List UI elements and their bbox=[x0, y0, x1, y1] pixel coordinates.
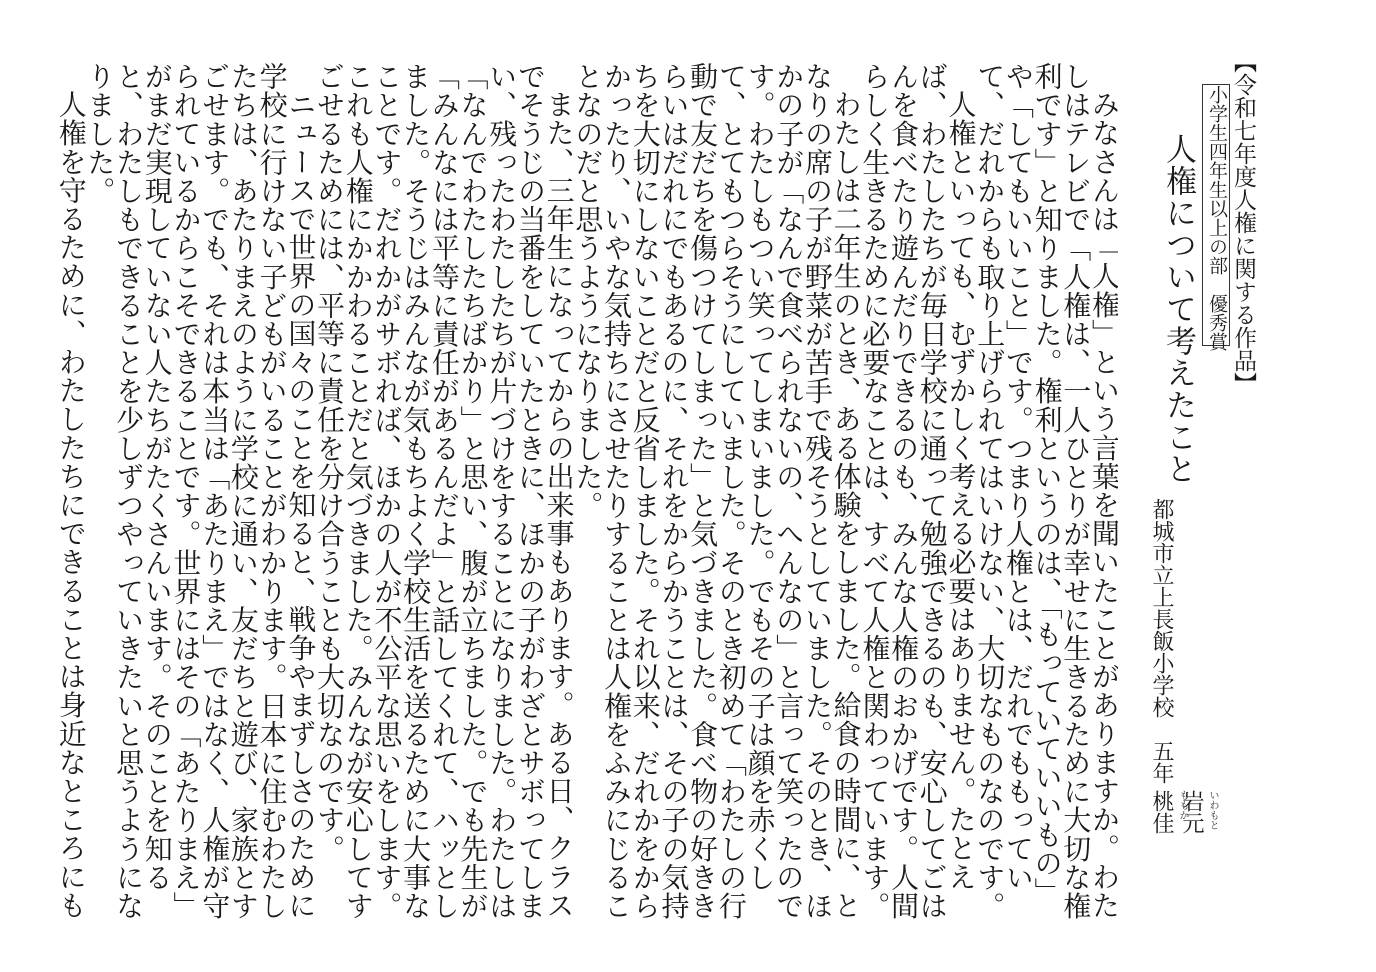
paragraph: また、三年生になってからの出来事もあります。ある日、クラスでそうじの当番をしてい… bbox=[314, 62, 572, 930]
essay-body: みなさんは「人権」という言葉を聞いたことがありますか。わたしはテレビで「人権は、… bbox=[58, 62, 1118, 930]
paragraph: みなさんは「人権」という言葉を聞いたことがありますか。わたしはテレビで「人権は、… bbox=[974, 62, 1118, 930]
given-name-ruby: ももか bbox=[1176, 790, 1188, 820]
given-name-text: 桃佳 bbox=[1149, 790, 1174, 834]
award-category-box: 小学生四年生以上の部 優秀賞 bbox=[1202, 84, 1230, 346]
paragraph: ニュースで世界の国々のことを知ると、戦争やまずしさのために学校に行けない子どもが… bbox=[85, 62, 315, 930]
author-name: 岩元 いわもと 桃佳 ももか bbox=[1146, 790, 1206, 864]
paragraph: わたしは二年生のとき、ある体験をしました。給食の時間に、となりの席の子が野菜が苦… bbox=[573, 62, 860, 930]
contest-label: 【令和七年度人権に関する作品】 bbox=[1228, 50, 1258, 395]
given-name: 桃佳 ももか bbox=[1146, 790, 1176, 834]
award-category: 小学生四年生以上の部 優秀賞 bbox=[1203, 85, 1229, 351]
school-grade: 都城市立上長飯小学校 五年 bbox=[1146, 498, 1176, 784]
essay-title: 人権について考えたこと bbox=[1158, 133, 1198, 485]
family-name-ruby: いわもと bbox=[1206, 790, 1218, 830]
paragraph: 人権を守るために、わたしたちにできることは身近なところにもあります。たとえば、い… bbox=[58, 62, 85, 930]
paragraph: 人権といっても、むずかしく考える必要はありません。たとえば、わたしたちが毎日学校… bbox=[860, 62, 975, 930]
